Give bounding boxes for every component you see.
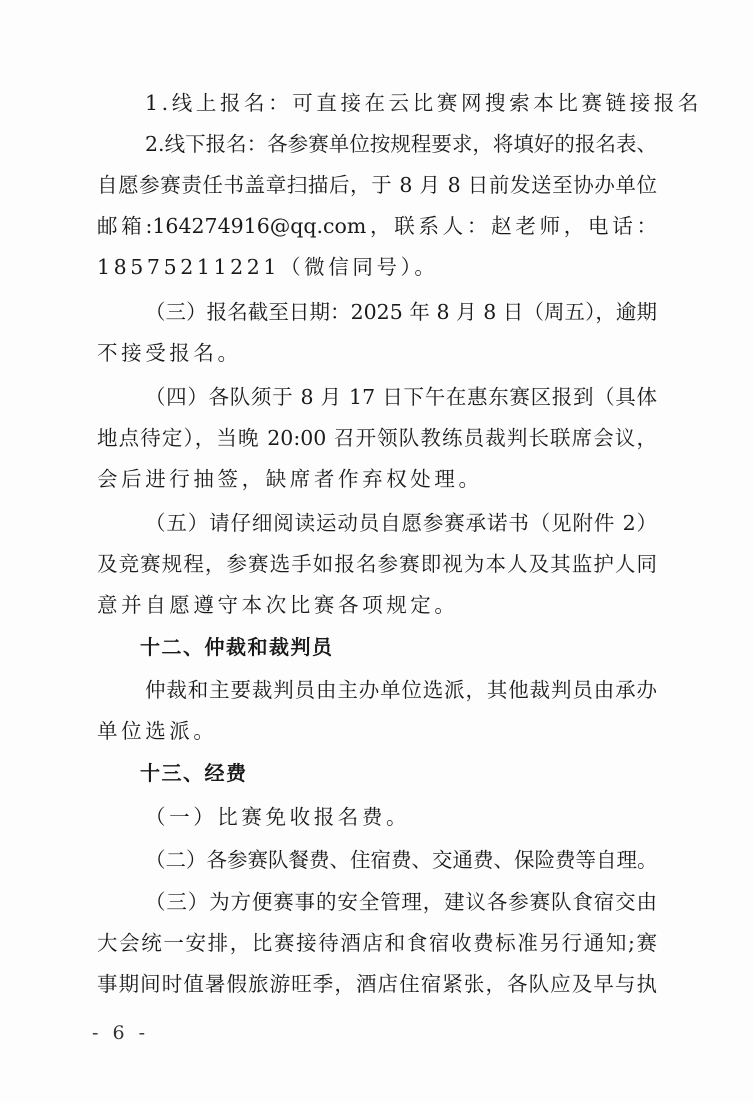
paragraph-line-deadline: （三）报名截至日期：2025 年 8 月 8 日（周五），逾期 [145, 292, 657, 333]
paragraph-line: 及竞赛规程，参赛选手如报名参赛即视为本人及其监护人同 [97, 544, 657, 585]
paragraph-line-check-in: （四）各队须于 8 月 17 日下午在惠东赛区报到（具体 [145, 377, 657, 418]
document-page: 1.线上报名：可直接在云比赛网搜索本比赛链接报名 2.线下报名：各参赛单位按规程… [0, 0, 754, 1103]
section-heading-arbitration: 十二、仲裁和裁判员 [140, 627, 700, 668]
paragraph-line: 意并自愿遵守本次比赛各项规定。 [97, 585, 657, 626]
paragraph-line-contact: 邮箱:164274916@qq.com，联系人：赵老师，电话： [97, 206, 657, 247]
paragraph-line: 地点待定），当晚 20:00 召开领队教练员裁判长联席会议， [97, 418, 657, 459]
paragraph-line: 不接受报名。 [97, 333, 657, 374]
paragraph-line-online-registration: 1.线上报名：可直接在云比赛网搜索本比赛链接报名 [145, 83, 657, 124]
paragraph-line: 自愿参赛责任书盖章扫描后，于 8 月 8 日前发送至协办单位 [97, 165, 657, 206]
paragraph-line-commitment: （五）请仔细阅读运动员自愿参赛承诺书（见附件 2） [145, 503, 657, 544]
paragraph-line: 大会统一安排，比赛接待酒店和食宿收费标准另行通知;赛 [97, 923, 657, 964]
page-number: - 6 - [92, 1022, 149, 1044]
paragraph-line-fee-waiver: （一）比赛免收报名费。 [145, 797, 657, 838]
paragraph-line-accommodation: （三）为方便赛事的安全管理，建议各参赛队食宿交由 [145, 882, 657, 923]
paragraph-line: 会后进行抽签，缺席者作弃权处理。 [97, 459, 657, 500]
paragraph-line-self-expenses: （二）各参赛队餐费、住宿费、交通费、保险费等自理。 [145, 840, 657, 881]
paragraph-line-phone: 18575211221（微信同号）。 [97, 247, 657, 288]
paragraph-line: 单位选派。 [97, 711, 657, 752]
paragraph-line-referees: 仲裁和主要裁判员由主办单位选派，其他裁判员由承办 [145, 670, 657, 711]
section-heading-expenses: 十三、经费 [140, 753, 700, 794]
paragraph-line-offline-registration: 2.线下报名：各参赛单位按规程要求，将填好的报名表、 [145, 124, 657, 165]
paragraph-line: 事期间时值暑假旅游旺季，酒店住宿紧张，各队应及早与执 [97, 964, 657, 1005]
